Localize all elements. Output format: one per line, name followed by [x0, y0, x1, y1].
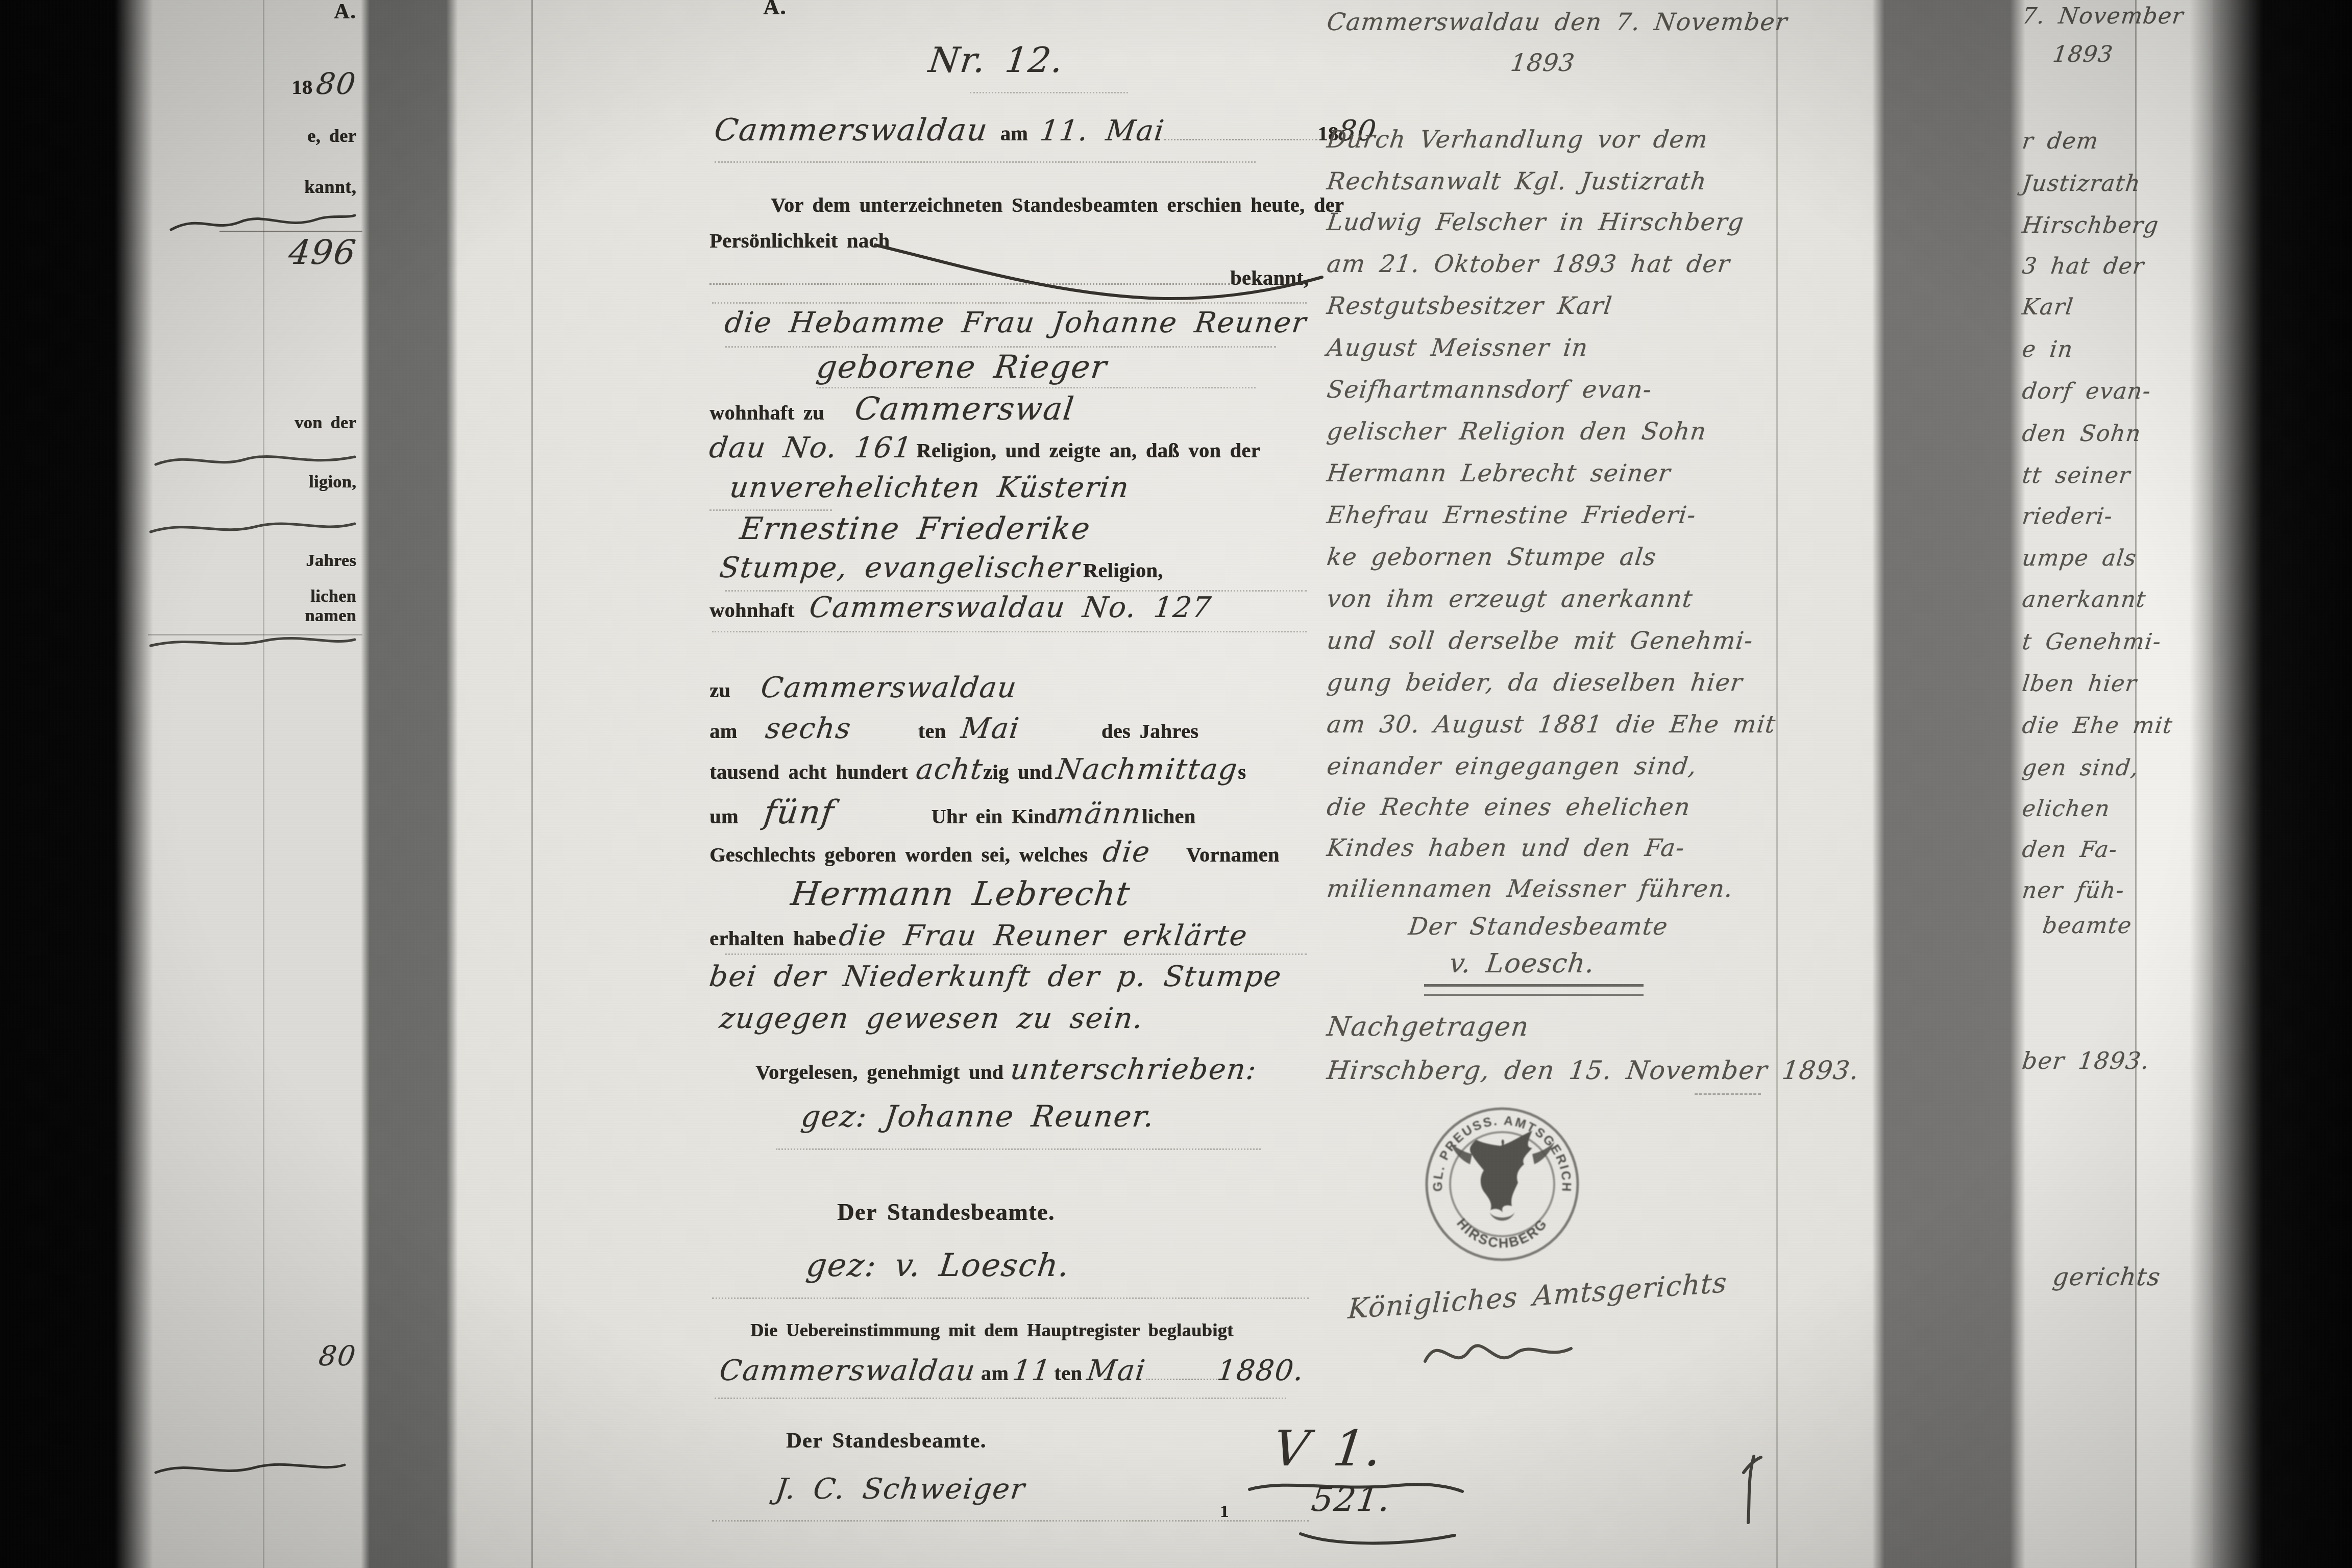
text-line: Der Standesbeamte: [1409, 915, 1668, 939]
text-line: Vor dem unterzeichneten Standesbeamten e…: [771, 195, 1344, 215]
registry-mark-flourish: [1296, 1526, 1460, 1549]
text-line: Hermann Lebrecht seiner: [1327, 461, 1671, 485]
text-line: e, der: [307, 127, 356, 145]
text-line: kannt,: [304, 178, 356, 196]
text-line: v. Loesch.: [1450, 950, 1595, 977]
text-line: die Ehe mit: [2022, 715, 2173, 737]
text-line: umfünfUhr ein Kindmännlichen: [709, 796, 1195, 829]
page-gap-band: [1872, 0, 2025, 1568]
text-line: Ernestine Friederike: [740, 513, 1091, 544]
text-line: umpe als: [2022, 547, 2137, 570]
text-line: Der Standesbeamte.: [786, 1430, 987, 1452]
text-line: 1: [1220, 1503, 1229, 1521]
text-line: am 21. Oktober 1893 hat der: [1327, 252, 1730, 276]
cursive-fragment: [148, 625, 357, 656]
text-line: Geschlechts geboren worden sei, welchesd…: [709, 838, 1280, 867]
text-line: Durch Verhandlung vor dem: [1327, 128, 1708, 152]
cursive-fragment: [153, 444, 357, 475]
text-line: dau No. 161Religion, und zeigte an, daß …: [709, 434, 1260, 462]
text-line: anerkannt: [2022, 589, 2146, 611]
text-line: Stumpe, evangelischerReligion,: [720, 554, 1163, 582]
text-line: lben hier: [2022, 673, 2137, 695]
text-line: ner füh-: [2022, 879, 2124, 902]
text-line: dorf evan-: [2022, 380, 2151, 403]
text-line: gerichts: [2053, 1265, 2161, 1289]
text-line: A.: [763, 0, 787, 18]
court-seal-stamp: KGL. PREUSS. AMTSGERICHT HIRSCHBERG: [1423, 1105, 1581, 1263]
text-line: bei der Niederkunft der p. Stumpe: [709, 963, 1282, 991]
text-line: Königliches Amtsgerichts: [1347, 1269, 1728, 1323]
text-line: geborene Rieger: [817, 351, 1107, 383]
text-line: Seifhartmannsdorf evan-: [1327, 378, 1652, 402]
text-line: e in: [2022, 338, 2073, 361]
cursive-fragment: [153, 1450, 347, 1485]
cursive-fragment: [148, 510, 357, 541]
text-line: amsechstenMaides Jahres: [709, 715, 1198, 743]
text-line: Ehefrau Ernestine Friederi-: [1327, 503, 1696, 527]
text-line: gez: v. Loesch.: [806, 1249, 1070, 1281]
film-edge: [2190, 0, 2352, 1568]
identification-stroke: [868, 232, 1337, 309]
text-line: ber 1893.: [2022, 1049, 2149, 1072]
text-line: ligion,: [309, 474, 356, 491]
text-line: Cammerswaldau den 7. November: [1327, 10, 1787, 34]
text-line: wohnhaft zuCammerswal: [709, 393, 1074, 425]
text-line: wohnhaftCammerswaldau No. 127: [709, 594, 1212, 622]
text-line: am 30. August 1881 die Ehe mit: [1327, 713, 1776, 737]
text-line: erhalten habedie Frau Reuner erklärte: [709, 922, 1247, 950]
text-line: Nr. 12.: [929, 43, 1064, 78]
text-line: Persönlichkeit nach: [709, 231, 890, 251]
text-line: Jahres: [306, 552, 356, 570]
text-line: Cammerswaldauam11tenMai1880.: [720, 1357, 1304, 1385]
text-line: 1880: [291, 69, 356, 99]
text-line: gen sind,: [2022, 757, 2139, 779]
text-line: Der Standesbeamte.: [837, 1200, 1055, 1224]
text-line: Restgutsbesitzer Karl: [1327, 294, 1612, 318]
microfilm-scan: A.1880e, derkannt,496von derligion,Jahre…: [0, 0, 2352, 1568]
text-line: Hirschberg, den 15. November 1893.: [1327, 1058, 1859, 1083]
text-line: Rechtsanwalt Kgl. Justizrath: [1327, 169, 1707, 193]
text-line: namen: [305, 607, 356, 625]
main-page-margin-line: [531, 0, 533, 1568]
text-line: gez: Johanne Reuner.: [801, 1101, 1155, 1131]
text-line: Nachgetragen: [1327, 1014, 1529, 1040]
text-line: tt seiner: [2022, 464, 2130, 487]
text-line: die Hebamme Frau Johanne Reuner: [725, 309, 1307, 337]
text-line: gung beider, da dieselben hier: [1327, 671, 1743, 695]
text-line: von der: [295, 414, 356, 432]
stamp-ring-bottom-text: HIRSCHBERG: [1454, 1215, 1551, 1251]
svg-text:HIRSCHBERG: HIRSCHBERG: [1454, 1215, 1551, 1251]
text-line: 1893: [2053, 43, 2113, 66]
text-line: tausend acht hundertachtzig undNachmitta…: [709, 755, 1246, 784]
cursive-fragment: [168, 204, 357, 240]
film-edge: [0, 0, 153, 1568]
text-line: Justizrath: [2022, 173, 2141, 195]
prussian-eagle-icon: [1450, 1131, 1555, 1221]
judge-signature-scribble: [1419, 1323, 1577, 1384]
text-line: 1893: [1511, 51, 1575, 75]
text-line: August Meissner in: [1327, 336, 1588, 360]
text-line: Ludwig Felscher in Hirschberg: [1327, 210, 1744, 234]
pen-mark: [1734, 1452, 1770, 1529]
registry-mark-numerator: V 1.: [1273, 1424, 1382, 1473]
text-line: Karl: [2022, 296, 2073, 318]
text-line: J. C. Schweiger: [776, 1475, 1025, 1504]
text-line: Die Uebereinstimmung mit dem Hauptregist…: [750, 1321, 1233, 1339]
text-line: gelischer Religion den Sohn: [1327, 420, 1706, 444]
signature-double-rule: [1424, 984, 1644, 996]
text-line: beamte: [2043, 915, 2132, 937]
text-line: t Genehmi-: [2022, 631, 2161, 653]
text-line: den Sohn: [2022, 423, 2141, 445]
text-line: riederi-: [2022, 505, 2113, 528]
fragment-rule: [148, 634, 362, 635]
text-line: lichen: [310, 588, 356, 605]
date-underline: [1695, 1093, 1761, 1095]
text-line: einander eingegangen sind,: [1327, 754, 1697, 778]
page-gap-band: [361, 0, 458, 1568]
text-line: elichen: [2022, 798, 2110, 820]
text-line: Hermann Lebrecht: [791, 878, 1131, 911]
text-line: ke gebornen Stumpe als: [1327, 545, 1656, 569]
fragment-rule: [219, 231, 362, 232]
text-line: Kindes haben und den Fa-: [1327, 836, 1685, 860]
text-line: 80: [319, 1342, 356, 1370]
text-line: zugegen gewesen zu sein.: [720, 1004, 1143, 1033]
text-line: 7. November: [2022, 5, 2184, 28]
text-line: 496: [289, 236, 356, 269]
text-line: Hirschberg: [2022, 214, 2159, 237]
text-line: zuCammerswaldau: [709, 674, 1017, 702]
text-line: A.: [334, 1, 356, 22]
text-line: Cammerswaldauam11. Mai1880: [715, 115, 1377, 145]
registry-mark-denominator: 521.: [1312, 1483, 1391, 1516]
text-line: unverehelichten Küsterin: [730, 474, 1130, 502]
text-line: die Rechte eines ehelichen: [1327, 795, 1690, 819]
text-line: miliennamen Meissner führen.: [1327, 877, 1733, 901]
text-line: r dem: [2022, 130, 2098, 153]
text-line: den Fa-: [2022, 839, 2118, 861]
text-line: und soll derselbe mit Genehmi-: [1327, 629, 1753, 653]
text-line: 3 hat der: [2022, 255, 2144, 278]
text-line: Vorgelesen, genehmigt undunterschrieben:: [755, 1056, 1257, 1084]
text-line: von ihm erzeugt anerkannt: [1327, 587, 1693, 611]
